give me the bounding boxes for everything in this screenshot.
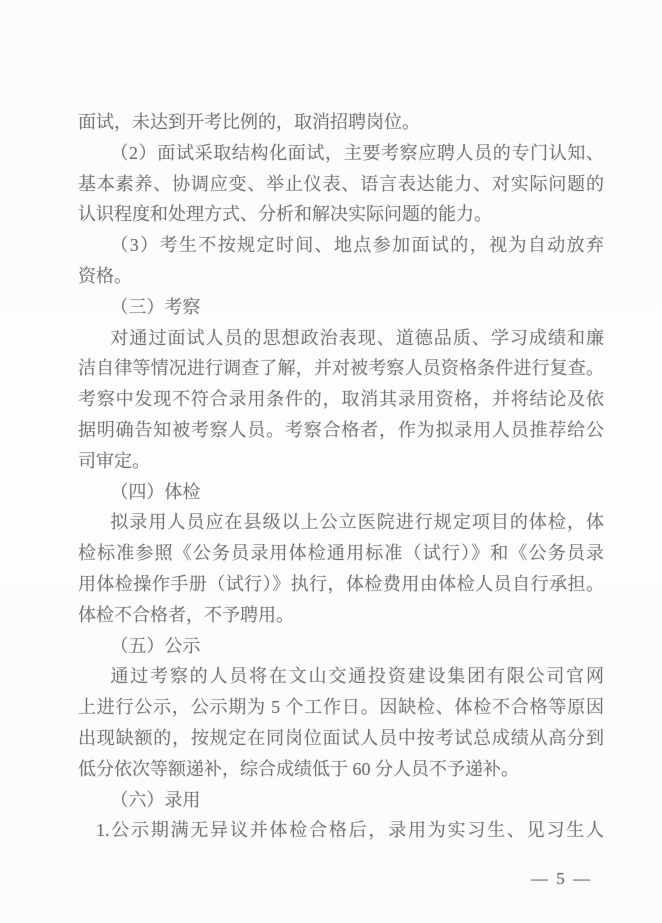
text-line: 上进行公示，公示期为 5 个工作日。因缺检、体检不合格等原因	[78, 692, 604, 723]
text-line: 检标准参照《公务员录用体检通用标准（试行）》和《公务员录	[78, 538, 604, 569]
text-line: 洁自律等情况进行调查了解，并对被考察人员资格条件进行复查。	[78, 353, 604, 384]
text-line: 用体检操作手册（试行）》执行，体检费用由体检人员自行承担。	[78, 569, 604, 600]
section-heading-kaocha: （三）考察	[78, 292, 604, 323]
document-body: 面试，未达到开考比例的，取消招聘岗位。 （2）面试采取结构化面试，主要考察应聘人…	[78, 107, 604, 846]
section-heading-gongshi: （五）公示	[78, 631, 604, 662]
text-line: 低分依次等额递补，综合成绩低于 60 分人员不予递补。	[78, 754, 604, 785]
text-line: 考察中发现不符合录用条件的，取消其录用资格，并将结论及依	[78, 384, 604, 415]
text-line: 对通过面试人员的思想政治表现、道德品质、学习成绩和廉	[78, 323, 604, 354]
scanned-document-page: 面试，未达到开考比例的，取消招聘岗位。 （2）面试采取结构化面试，主要考察应聘人…	[0, 0, 662, 923]
text-line: 拟录用人员应在县级以上公立医院进行规定项目的体检，体	[78, 507, 604, 538]
text-line: 司审定。	[78, 446, 604, 477]
text-line: 出现缺额的，按规定在同岗位面试人员中按考试总成绩从高分到	[78, 723, 604, 754]
text-line: （2）面试采取结构化面试，主要考察应聘人员的专门认知、	[78, 138, 604, 169]
section-heading-tijian: （四）体检	[78, 477, 604, 508]
page-number: — 5 —	[531, 869, 592, 889]
text-line: 基本素养、协调应变、举止仪表、语言表达能力、对实际问题的	[78, 169, 604, 200]
text-line: 面试，未达到开考比例的，取消招聘岗位。	[78, 107, 604, 138]
text-line: 体检不合格者，不予聘用。	[78, 600, 604, 631]
text-line: （3）考生不按规定时间、地点参加面试的，视为自动放弃	[78, 230, 604, 261]
text-line: 认识程度和处理方式、分析和解决实际问题的能力。	[78, 199, 604, 230]
text-line: 据明确告知被考察人员。考察合格者，作为拟录用人员推荐给公	[78, 415, 604, 446]
text-line: 资格。	[78, 261, 604, 292]
text-line: 通过考察的人员将在文山交通投资建设集团有限公司官网	[78, 661, 604, 692]
section-heading-luyong: （六）录用	[78, 785, 604, 816]
text-line: 1.公示期满无异议并体检合格后，录用为实习生、见习生人	[78, 815, 604, 846]
